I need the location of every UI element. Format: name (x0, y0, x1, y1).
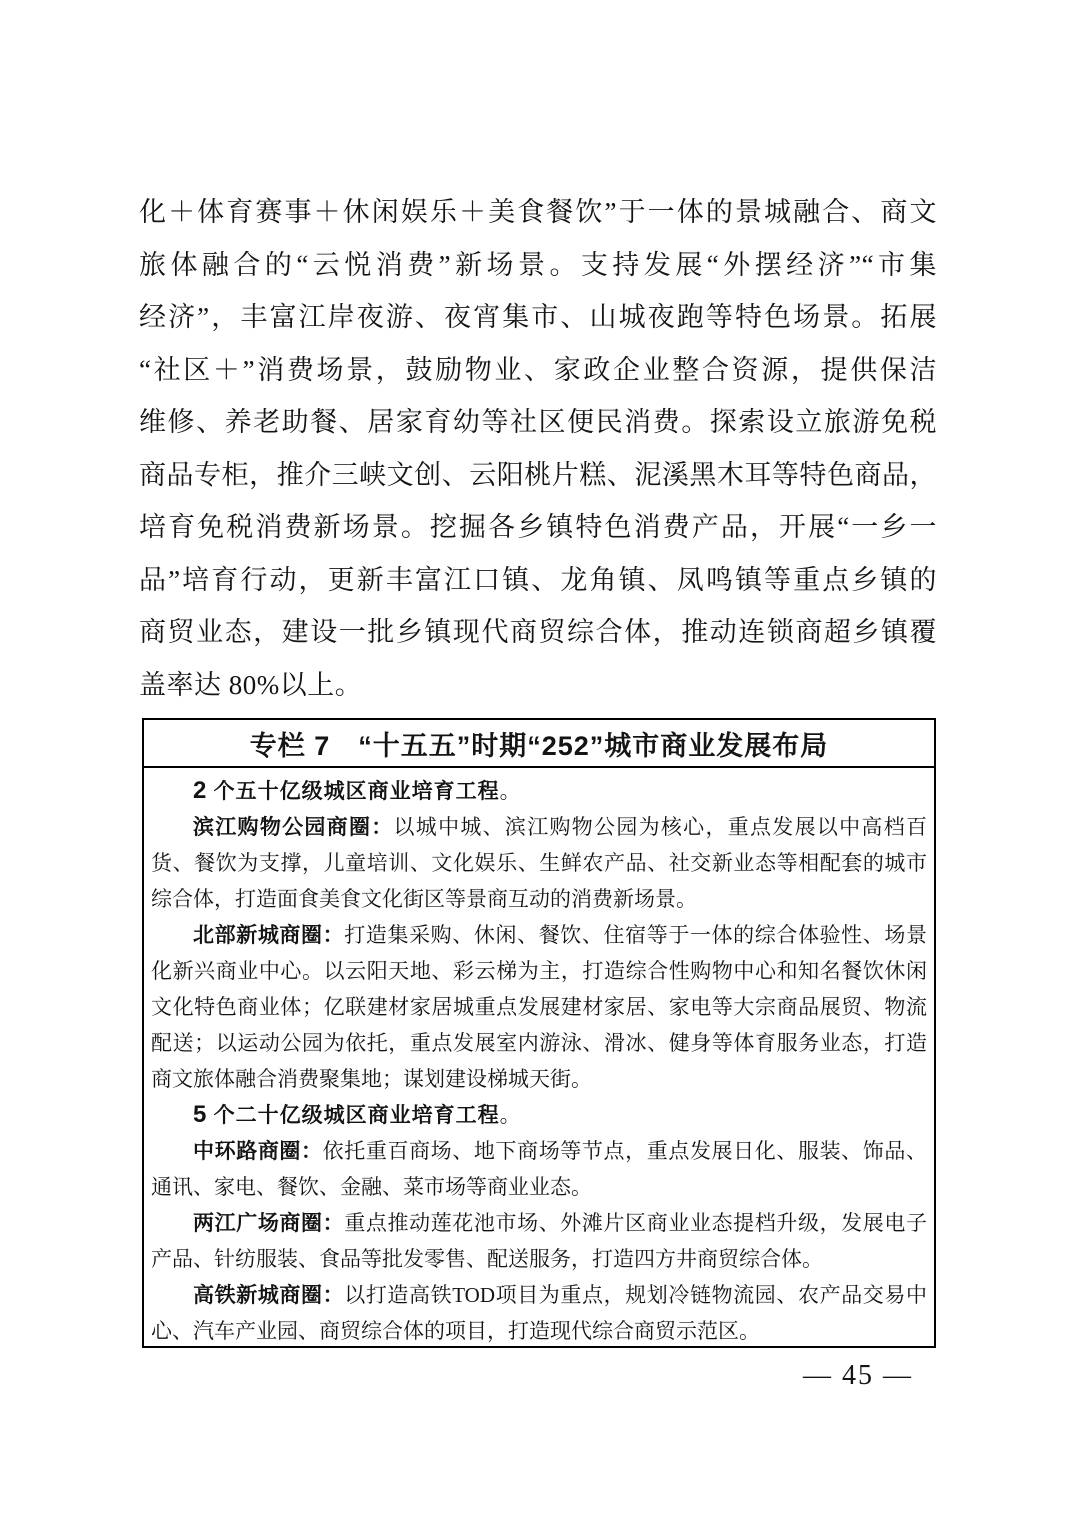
heading-text: 个五十亿级城区商业培育工程 (207, 779, 499, 803)
body-line: 盖率达 80%以上。 (139, 659, 937, 712)
body-line: 旅体融合的“云悦消费”新场景。支持发展“外摆经济”“市集 (139, 239, 937, 292)
heading-text: 个二十亿级城区商业培育工程 (207, 1103, 499, 1127)
body-line: 维修、养老助餐、居家育幼等社区便民消费。探索设立旅游免税 (139, 396, 937, 449)
main-text-block: 化＋体育赛事＋休闲娱乐＋美食餐饮”于一体的景城融合、商文 旅体融合的“云悦消费”… (139, 186, 937, 711)
page-number: — 45 — (758, 1360, 958, 1392)
heading-tail: 。 (500, 1103, 522, 1127)
body-line: “社区＋”消费场景，鼓励物业、家政企业整合资源，提供保洁 (139, 344, 937, 397)
box-heading: 2 个五十亿级城区商业培育工程。 (151, 773, 927, 809)
heading-number: 5 (193, 1101, 207, 1128)
paragraph-body: 打造集采购、休闲、餐饮、住宿等于一体的综合体验性、场景化新兴商业中心。以云阳天地… (151, 923, 927, 1091)
body-line: 品”培育行动，更新丰富江口镇、龙角镇、凤鸣镇等重点乡镇的 (139, 554, 937, 607)
box-paragraph: 滨江购物公园商圈：以城中城、滨江购物公园为核心，重点发展以中高档百货、餐饮为支撑… (151, 809, 927, 917)
box-paragraph: 中环路商圈：依托重百商场、地下商场等节点，重点发展日化、服装、饰品、通讯、家电、… (151, 1133, 927, 1205)
heading-tail: 。 (500, 779, 522, 803)
paragraph-label: 两江广场商圈： (193, 1211, 344, 1235)
box-heading: 5 个二十亿级城区商业培育工程。 (151, 1097, 927, 1133)
callout-box-content: 2 个五十亿级城区商业培育工程。 滨江购物公园商圈：以城中城、滨江购物公园为核心… (144, 768, 934, 1349)
callout-box: 专栏 7 “十五五”时期“252”城市商业发展布局 2 个五十亿级城区商业培育工… (142, 718, 936, 1348)
box-paragraph: 高铁新城商圈：以打造高铁TOD项目为重点，规划冷链物流园、农产品交易中心、汽车产… (151, 1277, 927, 1349)
paragraph-label: 滨江购物公园商圈： (193, 815, 394, 839)
body-line: 商贸业态，建设一批乡镇现代商贸综合体，推动连锁商超乡镇覆 (139, 606, 937, 659)
body-line: 培育免税消费新场景。挖掘各乡镇特色消费产品，开展“一乡一 (139, 501, 937, 554)
body-line: 经济”，丰富江岸夜游、夜宵集市、山城夜跑等特色场景。拓展 (139, 291, 937, 344)
document-page: { "page": { "body_lines": [ "化＋体育赛事＋休闲娱乐… (0, 0, 1074, 1520)
paragraph-label: 北部新城商圈： (193, 923, 344, 947)
box-paragraph: 北部新城商圈：打造集采购、休闲、餐饮、住宿等于一体的综合体验性、场景化新兴商业中… (151, 917, 927, 1097)
body-line: 商品专柜，推介三峡文创、云阳桃片糕、泥溪黑木耳等特色商品， (139, 449, 937, 502)
paragraph-label: 中环路商圈： (193, 1139, 323, 1163)
body-line: 化＋体育赛事＋休闲娱乐＋美食餐饮”于一体的景城融合、商文 (139, 186, 937, 239)
callout-box-title: 专栏 7 “十五五”时期“252”城市商业发展布局 (144, 720, 934, 768)
box-paragraph: 两江广场商圈：重点推动莲花池市场、外滩片区商业业态提档升级，发展电子产品、针纺服… (151, 1205, 927, 1277)
paragraph-label: 高铁新城商圈： (193, 1283, 344, 1307)
heading-number: 2 (193, 777, 207, 804)
